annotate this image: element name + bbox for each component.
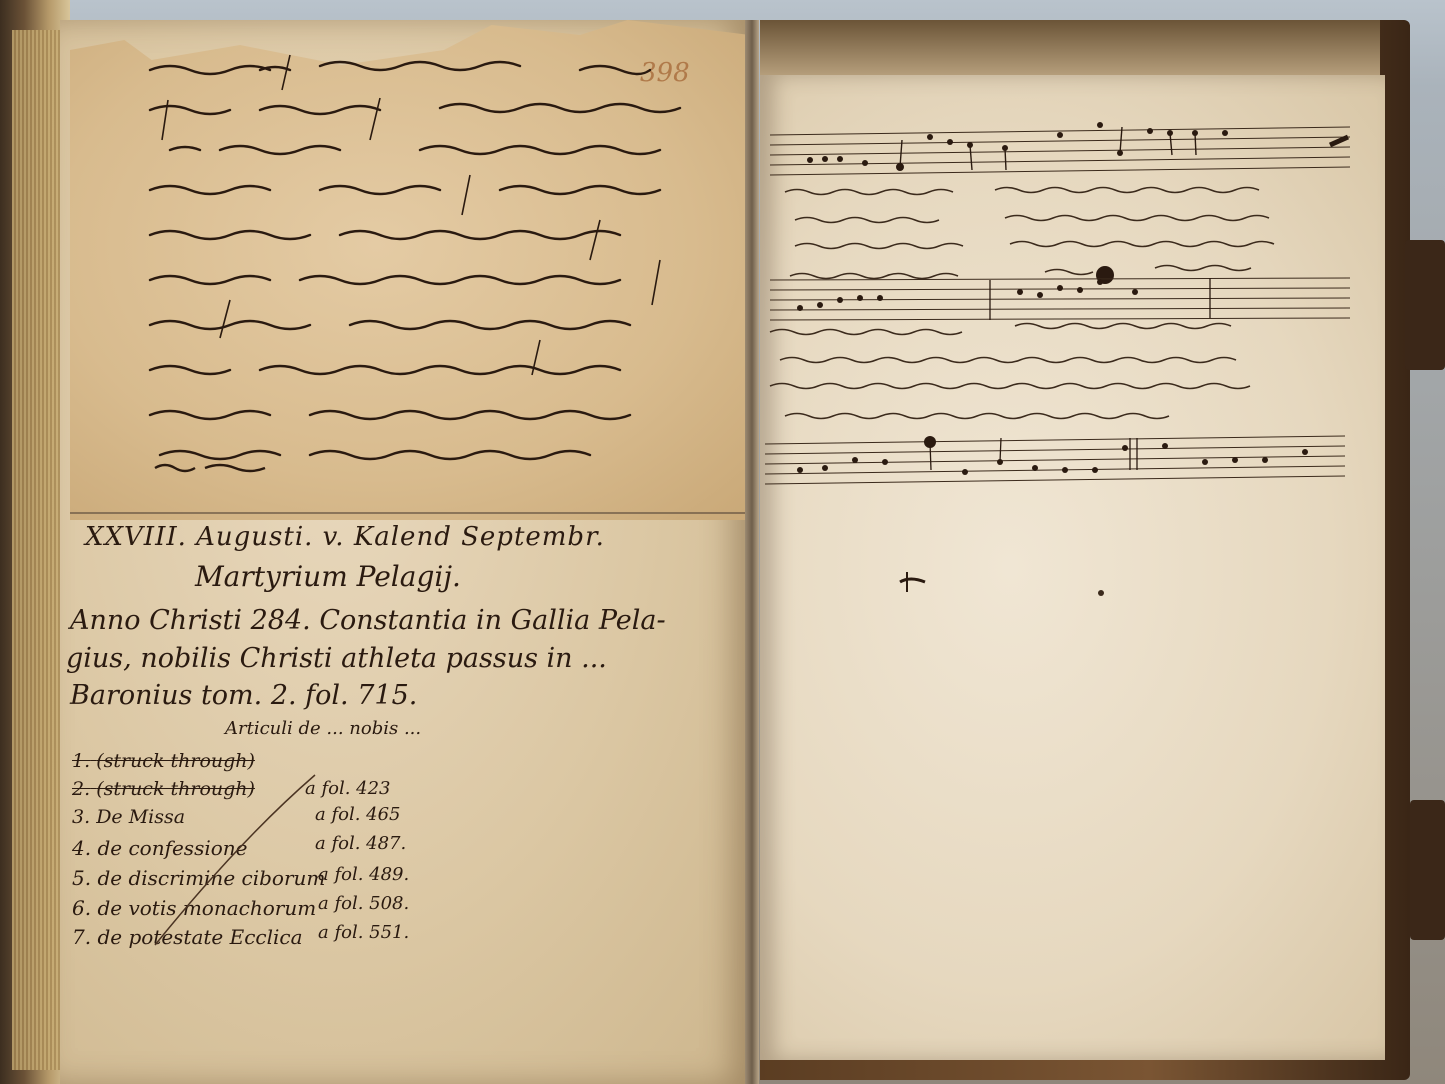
handwritten-paragraph: [140, 40, 760, 480]
index-item-ref: a fol. 508.: [318, 893, 409, 914]
ink-spot: [1098, 590, 1104, 596]
index-heading: Articuli de ... nobis ...: [225, 718, 421, 739]
diagonal-pen-stroke: [150, 770, 320, 950]
ink-mark: [895, 570, 935, 595]
index-item-ref: a fol. 487.: [315, 833, 406, 854]
index-item-text: (struck through): [96, 750, 255, 772]
entry-date-line: XXVIII. Augusti. v. Kalend Septembr.: [85, 522, 605, 552]
handwritten-line-end: [150, 450, 270, 480]
clasp-lower: [1410, 800, 1445, 940]
index-item-num: 7.: [72, 925, 91, 949]
index-item-num: 5.: [72, 866, 91, 890]
page-divider-line: [70, 512, 750, 514]
index-item: 1. (struck through): [72, 750, 255, 772]
index-item-num: 1.: [72, 750, 90, 772]
entry-line-2: gius, nobilis Christi athleta passus in …: [66, 643, 607, 674]
entry-line-1: Anno Christi 284. Constantia in Gallia P…: [70, 605, 666, 636]
index-item-ref: a fol. 465: [315, 804, 401, 825]
entry-line-3: Baronius tom. 2. fol. 715.: [70, 680, 417, 711]
index-item-num: 4.: [72, 836, 91, 860]
page-stack-edge: [12, 30, 67, 1070]
index-item-num: 3.: [72, 806, 90, 828]
index-item-num: 2.: [72, 778, 90, 800]
index-item-ref: a fol. 551.: [318, 922, 409, 943]
index-item-ref: a fol. 489.: [318, 864, 409, 885]
lyrics-block-2: [765, 320, 1325, 430]
entry-title: Martyrium Pelagij.: [195, 560, 461, 593]
book-gutter: [745, 20, 759, 1084]
index-item-num: 6.: [72, 896, 91, 920]
music-staff-3: [765, 430, 1345, 490]
clasp-upper: [1405, 240, 1445, 370]
